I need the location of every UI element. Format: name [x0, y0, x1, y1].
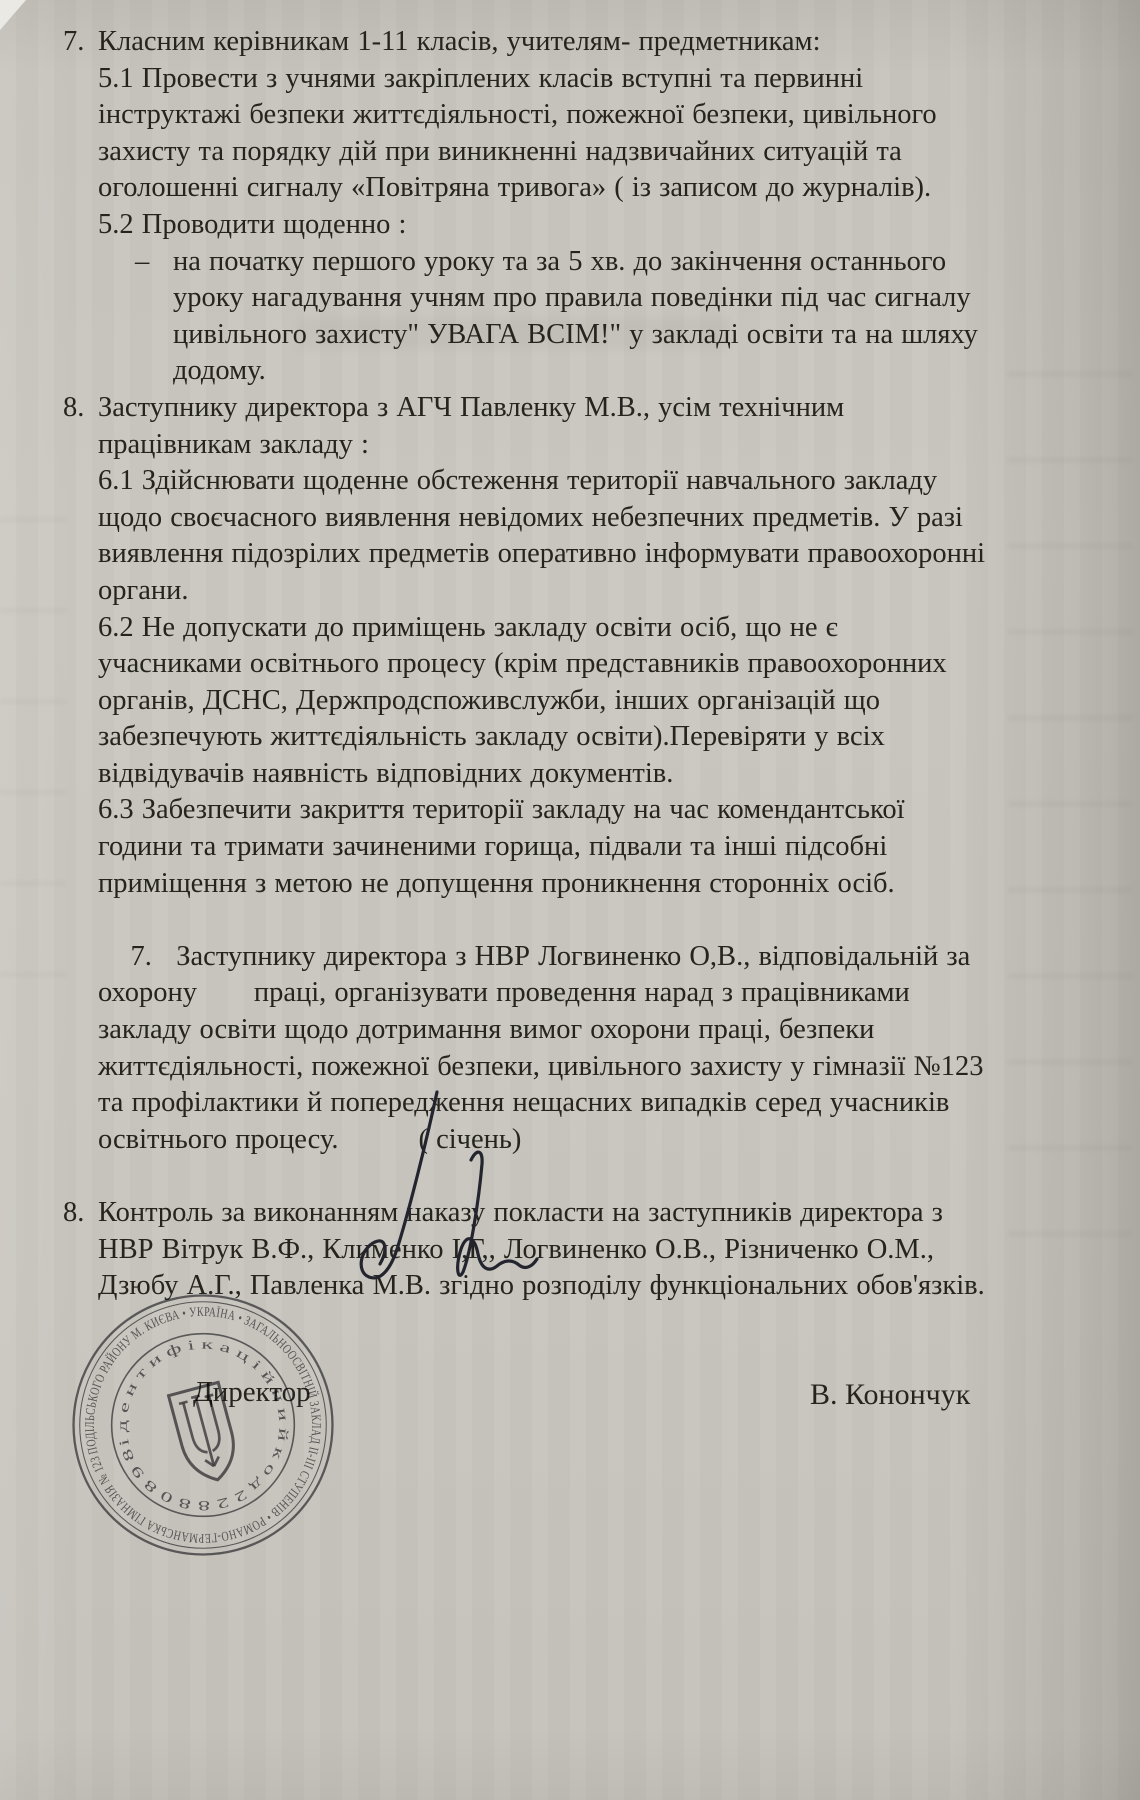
item-text: Заступнику директора з АГЧ Павленку М.В.…: [98, 392, 844, 460]
trident-emblem-icon: [169, 1382, 243, 1486]
dash-subitem: –на початку першого уроку та за 5 хв. до…: [63, 244, 988, 390]
reverse-side-bleed-through-left: [0, 430, 66, 1010]
handwritten-signature: [325, 1086, 595, 1311]
clause-6-3: 6.3 Забезпечити закриття території закла…: [63, 792, 988, 902]
item-text: Класним керівникам 1-11 класів, учителям…: [98, 26, 821, 57]
director-name: В. Конончук: [810, 1378, 970, 1412]
dash-bullet: –: [135, 244, 149, 281]
clause-6-2: 6.2 Не допускати до приміщень закладу ос…: [63, 610, 988, 793]
page-corner-sliver: [0, 0, 26, 30]
dash-text: на початку першого уроку та за 5 хв. до …: [173, 246, 978, 387]
item-number: 7.: [63, 24, 84, 61]
reverse-side-bleed-through-right: [1008, 290, 1132, 1270]
clause-5-1: 5.1 Провести з учнями закріплених класів…: [63, 61, 988, 207]
order-item-8: 8.Заступнику директора з АГЧ Павленку М.…: [63, 390, 988, 463]
clause-5-2: 5.2 Проводити щоденно :: [63, 207, 988, 244]
clause-6-1: 6.1 Здійснювати щоденне обстеження терит…: [63, 463, 988, 609]
item-number: 8.: [63, 1195, 84, 1232]
order-item-7: 7.Класним керівникам 1-11 класів, учител…: [63, 24, 988, 61]
item-number: 8.: [63, 390, 84, 427]
